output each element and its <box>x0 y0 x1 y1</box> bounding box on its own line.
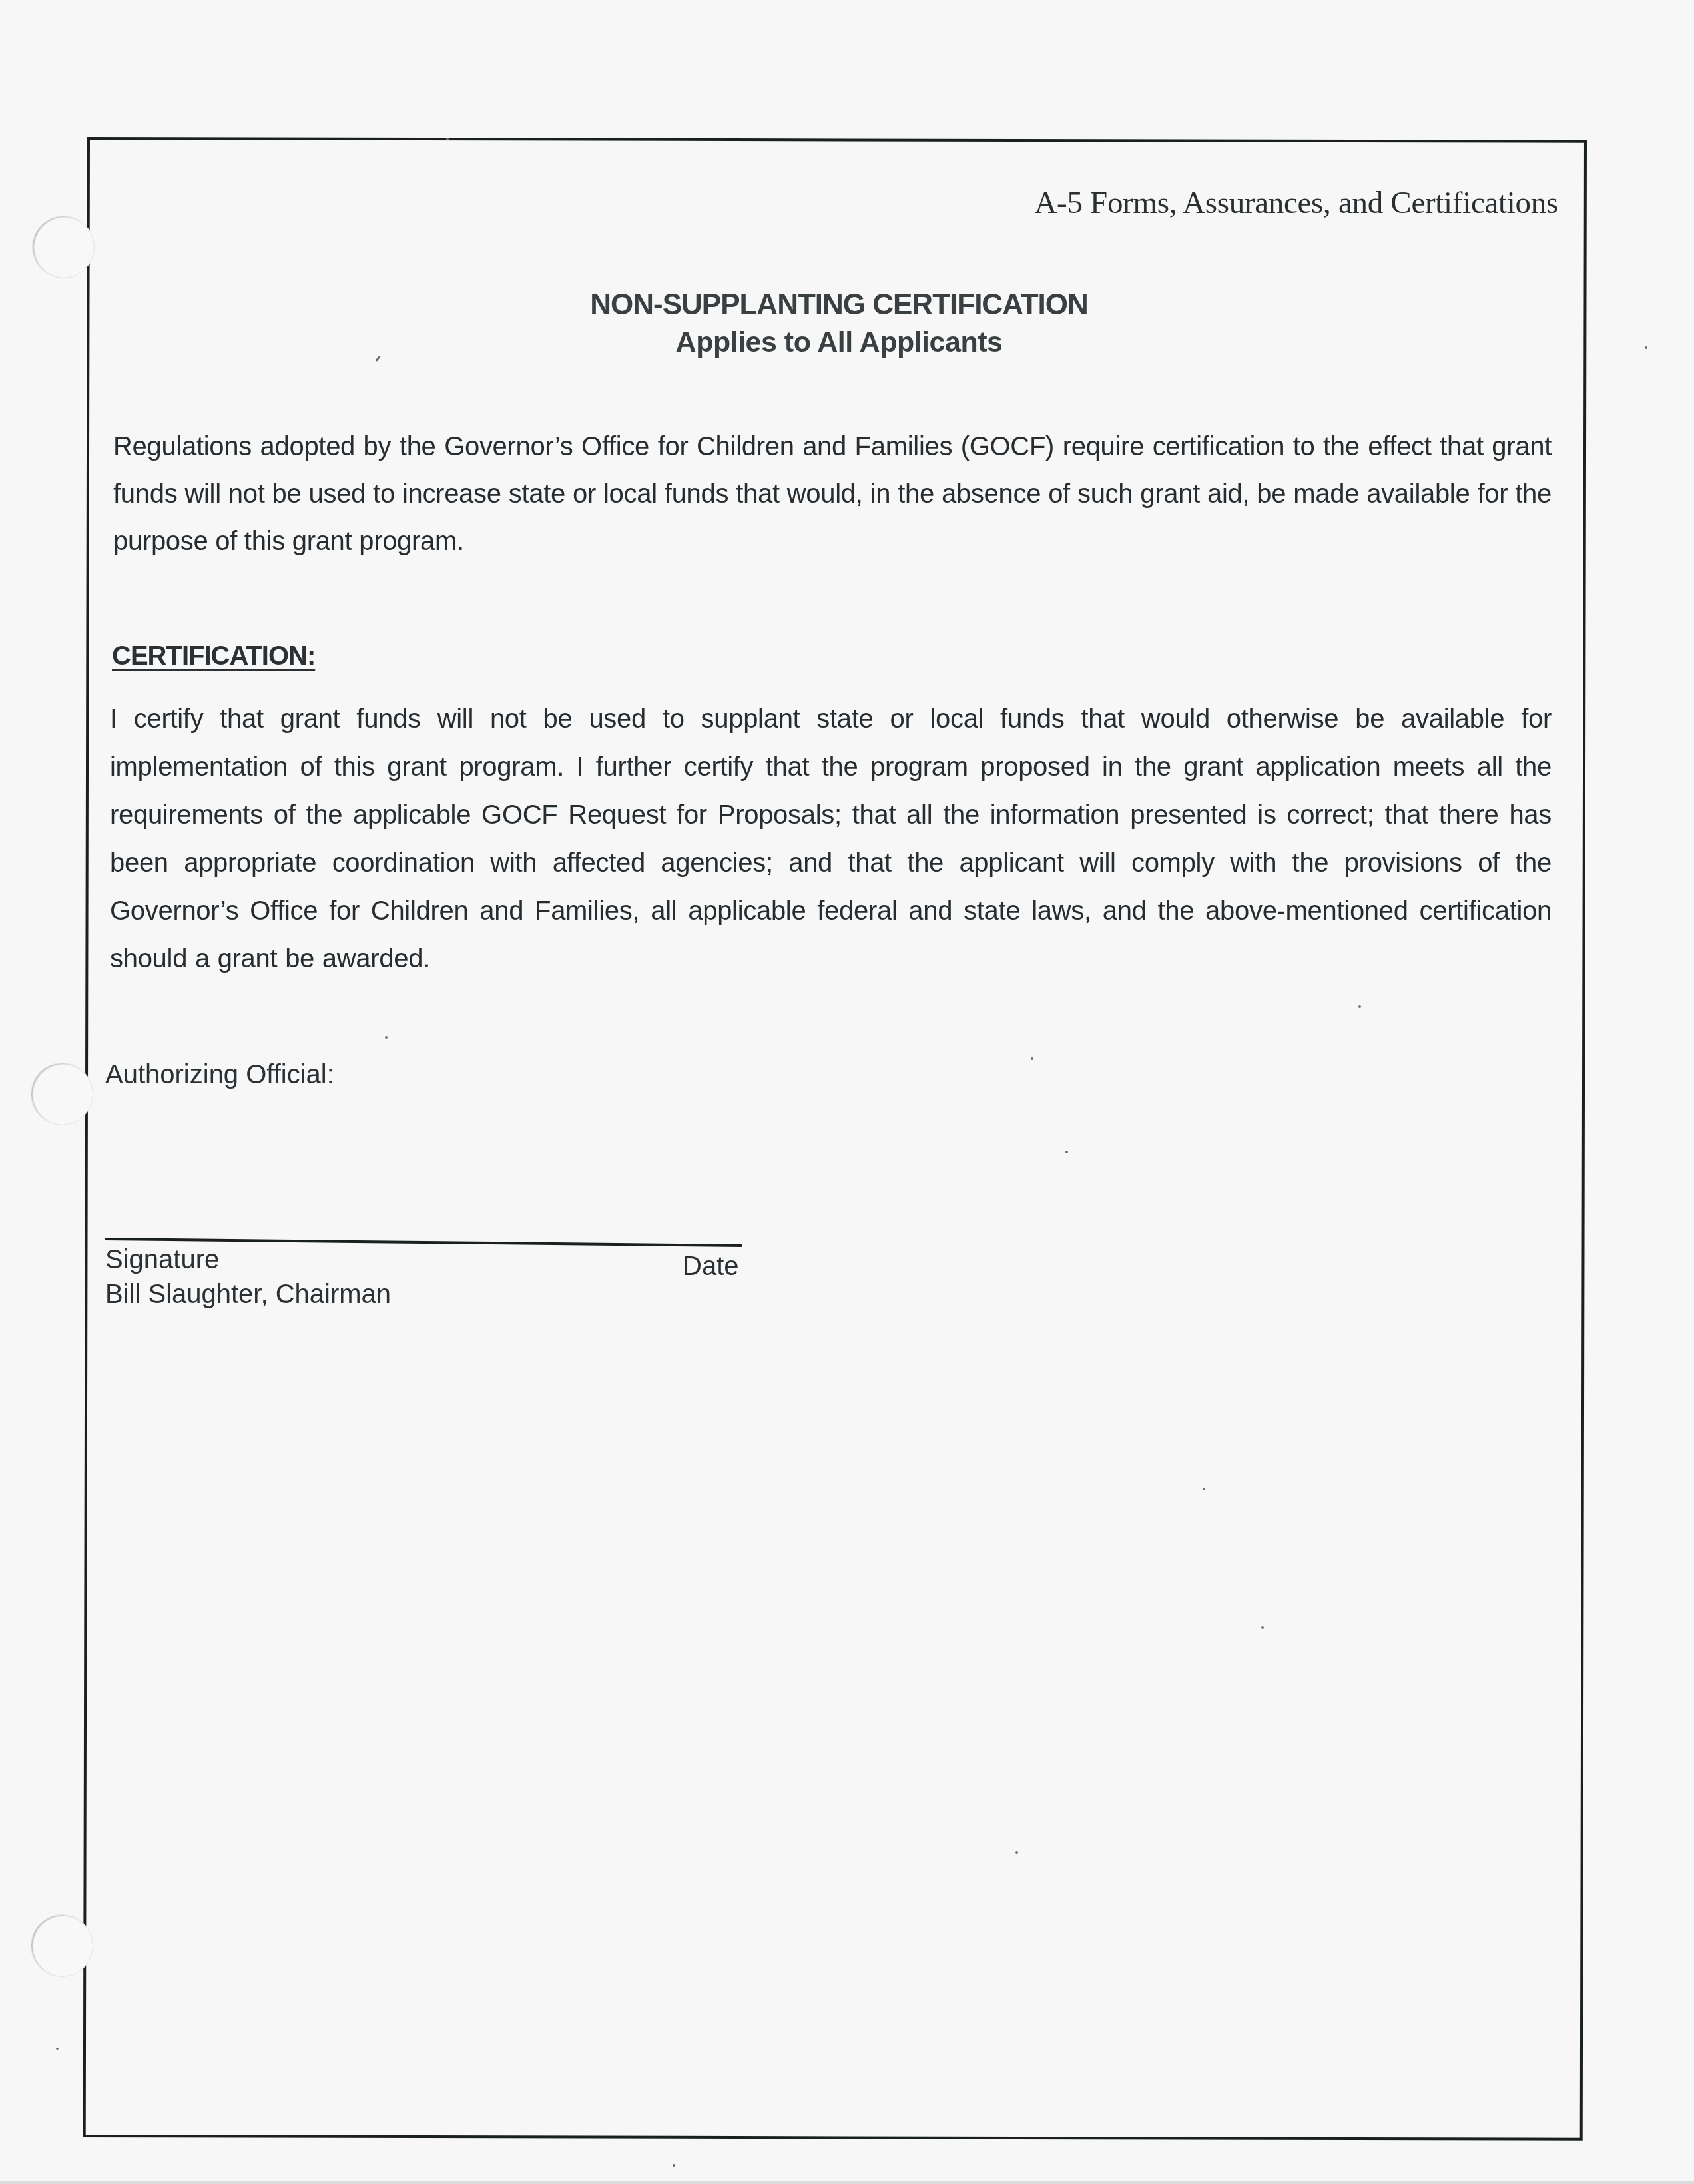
scan-speck <box>673 2164 675 2167</box>
hole-punch-bottom <box>31 1914 93 1977</box>
title-block: NON-SUPPLANTING CERTIFICATION Applies to… <box>400 286 1278 361</box>
scan-edge <box>0 2181 1694 2184</box>
section-reference: A-5 Forms, Assurances, and Certification… <box>932 185 1558 221</box>
authorizing-official-label: Authorizing Official: <box>105 1060 334 1090</box>
scan-speck <box>1015 1851 1018 1854</box>
certification-heading: CERTIFICATION: <box>112 641 315 671</box>
document-title: NON-SUPPLANTING CERTIFICATION <box>400 286 1278 324</box>
signer-name: Bill Slaughter, Chairman <box>105 1280 391 1310</box>
scan-speck <box>1358 1005 1361 1008</box>
signature-label: Signature <box>105 1245 219 1275</box>
hole-punch-middle <box>31 1063 93 1125</box>
date-label: Date <box>683 1252 739 1282</box>
scan-speck <box>1645 346 1647 349</box>
scan-speck <box>1065 1151 1068 1153</box>
scan-speck <box>385 1036 388 1039</box>
scan-speck <box>1203 1488 1205 1490</box>
scan-speck <box>446 138 449 140</box>
hole-punch-top <box>32 216 95 278</box>
scan-speck <box>1261 1626 1264 1629</box>
intro-paragraph: Regulations adopted by the Governor’s Of… <box>113 423 1552 565</box>
document-subtitle: Applies to All Applicants <box>400 324 1278 361</box>
scan-speck <box>56 2047 59 2050</box>
scan-speck <box>1031 1057 1033 1060</box>
certification-body: I certify that grant funds will not be u… <box>110 695 1552 983</box>
